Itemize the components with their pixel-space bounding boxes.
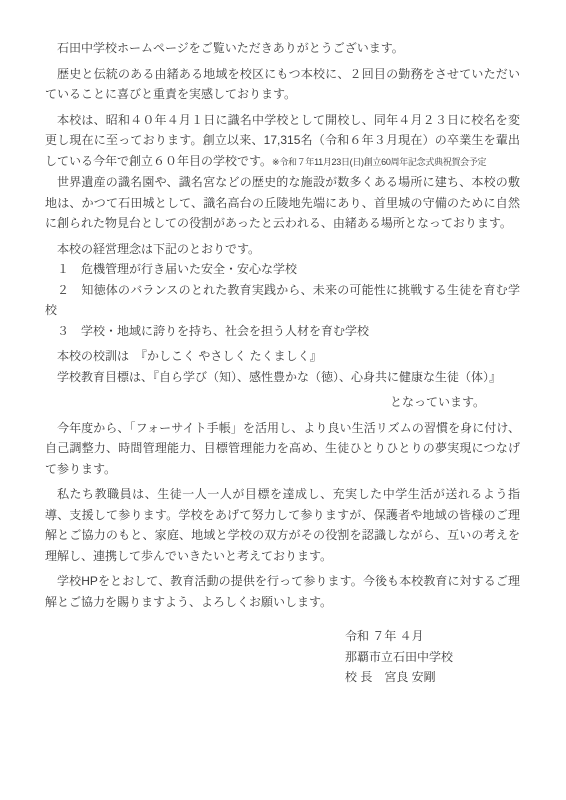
anniversary-note: ※令和７年11月23日(日)創立60周年記念式典祝賀会予定 (272, 157, 486, 167)
goal-tail-line: となっています。 (390, 392, 520, 413)
intro-paragraph: 歴史と伝統のある由緒ある地域を校区にもつ本校に、２回目の勤務をさせていただいてい… (45, 64, 520, 105)
principle-item-1: １ 危機管理が行き届いた安全・安心な学校 (45, 259, 520, 280)
principles-heading: 本校の経営理念は下記のとおりです。 (45, 239, 520, 260)
location-paragraph: 世界遺産の識名園や、識名宮などの歴史的な施設が数多くある場所に建ち、本校の敷地は… (45, 172, 520, 234)
signature-principal: 校 長 宮良 安剛 (345, 667, 520, 688)
principal-greeting-document: 石田中学校ホームページをご覧いただきありがとうございます。 歴史と伝統のある由緒… (0, 0, 566, 800)
staff-paragraph: 私たち教職員は、生徒一人一人が目標を達成し、充実した中学生活が送れるよう指導、支… (45, 484, 520, 566)
foresight-paragraph: 今年度から、「フォーサイト手帳」を活用し、より良い生活リズムの習慣を身に付け、自… (45, 418, 520, 480)
principles-list: １ 危機管理が行き届いた安全・安心な学校 ２ 知徳体のバランスのとれた教育実践か… (45, 259, 520, 341)
history-paragraph: 本校は、昭和４０年４月１日に識名中学校として開校し、同年４月２３日に校名を変更し… (45, 110, 520, 173)
greeting-paragraph: 石田中学校ホームページをご覧いただきありがとうございます。 (45, 38, 520, 59)
education-goal-line: 学校教育目標は、『自ら学び（知）、感性豊かな（徳）、心身共に健康な生徒（体）』 (45, 367, 520, 388)
closing-paragraph: 学校HPをとおして、教育活動の提供を行って参ります。今後も本校教育に対するご理解… (45, 571, 520, 612)
signature-date: 令和 ７年 ４月 (345, 626, 520, 647)
signature-school: 那覇市立石田中学校 (345, 647, 520, 668)
motto-goal-section: 本校の校訓は 『かしこく やさしく たくましく』 学校教育目標は、『自ら学び（知… (45, 346, 520, 387)
motto-line: 本校の校訓は 『かしこく やさしく たくましく』 (45, 346, 520, 367)
principle-item-3: ３ 学校・地域に誇りを持ち、社会を担う人材を育む学校 (45, 321, 520, 342)
management-principles-section: 本校の経営理念は下記のとおりです。 １ 危機管理が行き届いた安全・安心な学校 ２… (45, 239, 520, 342)
signature-block: 令和 ７年 ４月 那覇市立石田中学校 校 長 宮良 安剛 (345, 626, 520, 688)
principle-item-2: ２ 知徳体のバランスのとれた教育実践から、未来の可能性に挑戦する生徒を育む学校 (45, 280, 520, 321)
